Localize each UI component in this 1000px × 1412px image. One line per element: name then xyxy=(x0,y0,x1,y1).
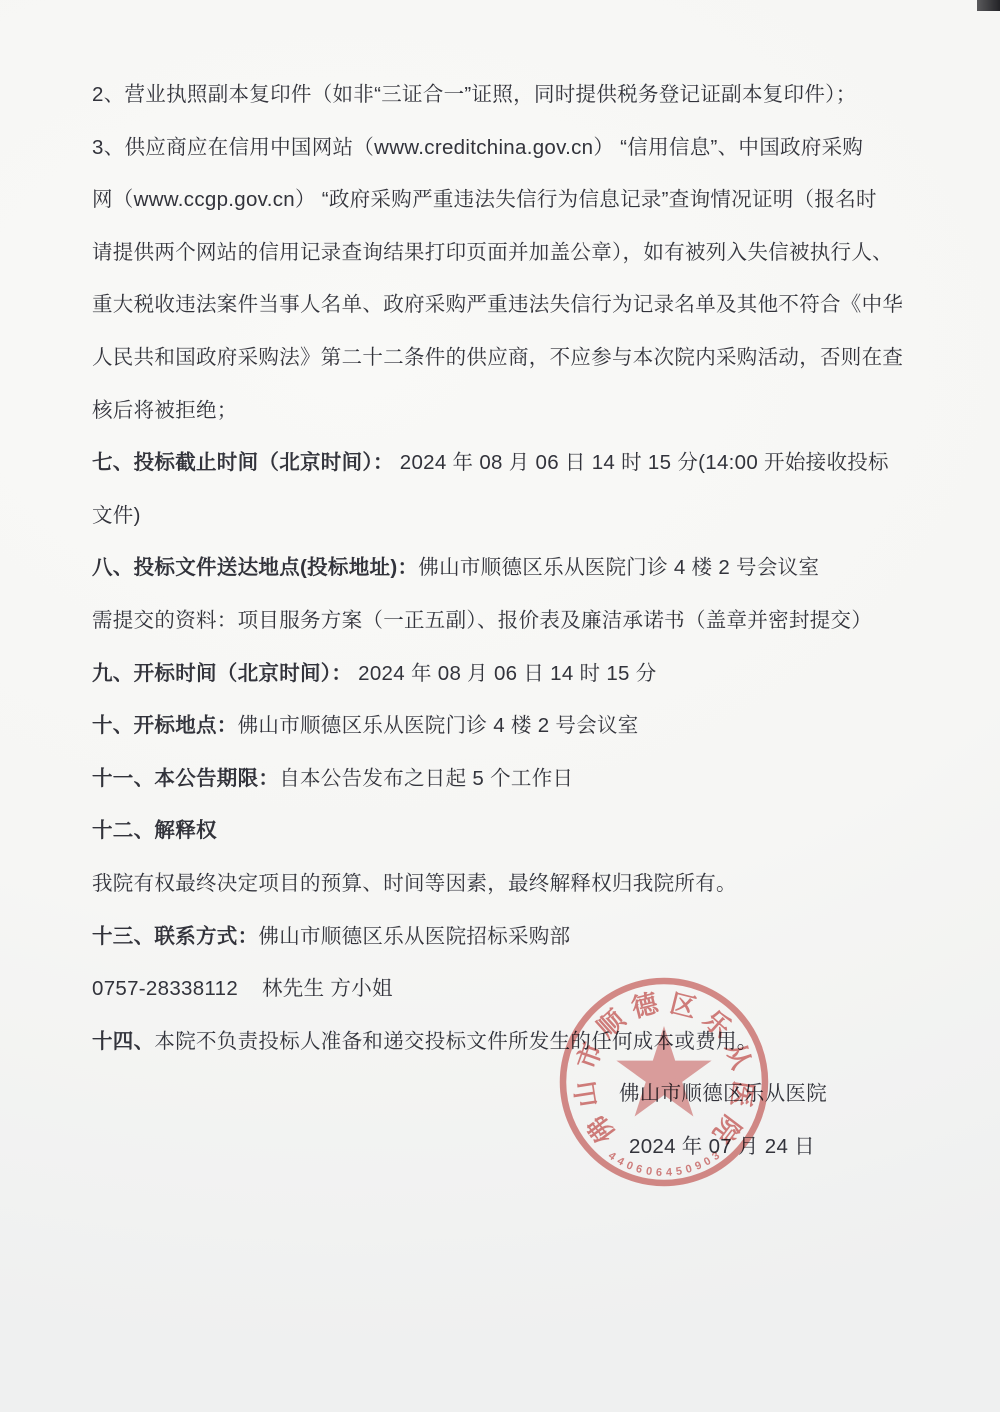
doc-line: 3、供应商应在信用中国网站（www.creditchina.gov.cn） “信… xyxy=(92,122,912,175)
doc-line-contact: 十三、联系方式：佛山市顺德区乐从医院招标采购部 xyxy=(92,911,912,964)
doc-line: 我院有权最终决定项目的预算、时间等因素，最终解释权归我院所有。 xyxy=(92,858,912,911)
doc-line: 需提交的资料：项目服务方案（一正五副）、报价表及廉洁承诺书（盖章并密封提交） xyxy=(92,595,912,648)
doc-line: 网（www.ccgp.gov.cn） “政府采购严重违法失信行为信息记录”查询情… xyxy=(92,174,912,227)
doc-line-interpretation: 十二、解释权 xyxy=(92,805,912,858)
doc-line: 重大税收违法案件当事人名单、政府采购严重违法失信行为记录名单及其他不符合《中华 xyxy=(92,279,912,332)
doc-line: 文件) xyxy=(92,490,912,543)
doc-line: 请提供两个网站的信用记录查询结果打印页面并加盖公章），如有被列入失信被执行人、 xyxy=(92,227,912,280)
document-body: 2、营业执照副本复印件（如非“三证合一”证照，同时提供税务登记证副本复印件）； … xyxy=(92,69,912,1173)
doc-line-opening-place: 十、开标地点：佛山市顺德区乐从医院门诊 4 楼 2 号会议室 xyxy=(92,700,912,753)
signature-date: 2024 年 07 月 24 日 xyxy=(92,1121,912,1174)
signature-org: 佛山市顺德区乐从医院 xyxy=(92,1068,912,1121)
scanned-document-page: 2、营业执照副本复印件（如非“三证合一”证照，同时提供税务登记证副本复印件）； … xyxy=(0,0,1000,1412)
doc-line: 核后将被拒绝； xyxy=(92,385,912,438)
doc-line: 2、营业执照副本复印件（如非“三证合一”证照，同时提供税务登记证副本复印件）； xyxy=(92,69,912,122)
doc-line-delivery-address: 八、投标文件送达地点(投标地址)：佛山市顺德区乐从医院门诊 4 楼 2 号会议室 xyxy=(92,542,912,595)
doc-line-phone: 0757-28338112 林先生 方小姐 xyxy=(92,963,912,1016)
doc-line-bid-deadline: 七、投标截止时间（北京时间）： 2024 年 08 月 06 日 14 时 15… xyxy=(92,437,912,490)
doc-line-notice-period: 十一、本公告期限：自本公告发布之日起 5 个工作日 xyxy=(92,753,912,806)
doc-line: 十四、本院不负责投标人准备和递交投标文件所发生的任何成本或费用。 xyxy=(92,1016,912,1069)
scan-artifact-corner xyxy=(977,0,1000,11)
doc-line-opening-time: 九、开标时间（北京时间）： 2024 年 08 月 06 日 14 时 15 分 xyxy=(92,648,912,701)
doc-line: 人民共和国政府采购法》第二十二条件的供应商，不应参与本次院内采购活动，否则在查 xyxy=(92,332,912,385)
